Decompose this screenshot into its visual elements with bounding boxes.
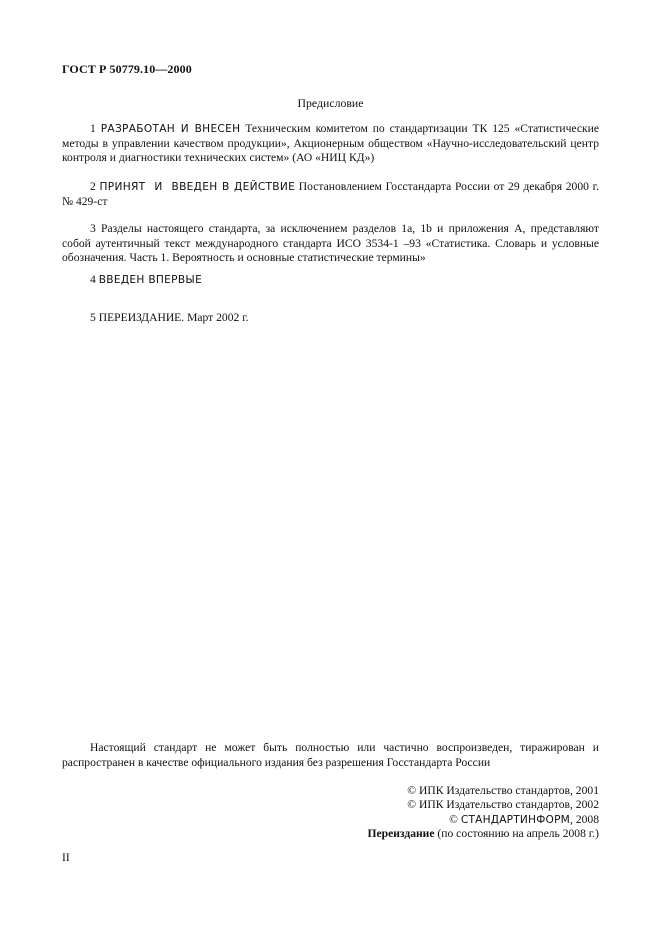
reproduction-notice: Настоящий стандарт не может быть полност… <box>62 741 599 770</box>
document-code: ГОСТ Р 50779.10—2000 <box>62 62 192 77</box>
paragraph-number: 5 <box>90 311 96 324</box>
paragraph-3: 3 Разделы настоящего стандарта, за исклю… <box>62 222 599 266</box>
reprint-date: (по состоянию на апрель 2008 г.) <box>435 827 599 840</box>
paragraph-4: 4 ВВЕДЕН ВПЕРВЫЕ <box>62 273 599 288</box>
page-number: II <box>62 851 70 864</box>
section-title-foreword: Предисловие <box>62 96 599 111</box>
copyright-symbol: © <box>449 813 461 826</box>
paragraph-number: 1 <box>90 122 96 135</box>
copyright-block: © ИПК Издательство стандартов, 2001 © ИП… <box>367 784 599 842</box>
reprint-label: Переиздание <box>367 827 434 840</box>
paragraph-1: 1 РАЗРАБОТАН И ВНЕСЕН Техническим комите… <box>62 122 599 166</box>
paragraph-number: 4 <box>90 273 96 286</box>
paragraph-number: 2 <box>90 180 96 193</box>
notice-text: Настоящий стандарт не может быть полност… <box>62 741 599 769</box>
paragraph-caps-heading: ПРИНЯТ И ВВЕДЕН В ДЕЙСТВИЕ <box>100 181 296 193</box>
paragraph-number: 3 <box>90 222 96 235</box>
paragraph-5: 5 ПЕРЕИЗДАНИЕ. Март 2002 г. <box>62 311 599 326</box>
copyright-line-2001: © ИПК Издательство стандартов, 2001 <box>367 784 599 798</box>
paragraph-text: Разделы настоящего стандарта, за исключе… <box>62 222 599 264</box>
copyright-year: , 2008 <box>570 813 599 826</box>
paragraph-caps-heading: РАЗРАБОТАН И ВНЕСЕН <box>101 123 241 135</box>
paragraph-2: 2 ПРИНЯТ И ВВЕДЕН В ДЕЙСТВИЕ Постановлен… <box>62 180 599 209</box>
paragraph-text: ПЕРЕИЗДАНИЕ. Март 2002 г. <box>99 311 249 324</box>
paragraph-caps-heading: ВВЕДЕН ВПЕРВЫЕ <box>99 274 202 286</box>
copyright-line-2002: © ИПК Издательство стандартов, 2002 <box>367 798 599 812</box>
reprint-line: Переиздание (по состоянию на апрель 2008… <box>367 827 599 841</box>
publisher-name: СТАНДАРТИНФОРМ <box>461 814 570 826</box>
copyright-line-2008: © СТАНДАРТИНФОРМ, 2008 <box>367 813 599 827</box>
